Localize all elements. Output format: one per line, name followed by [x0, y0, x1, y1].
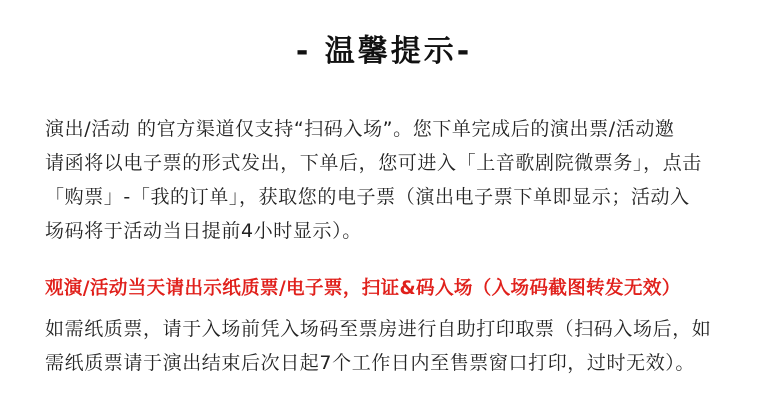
page-title: - 温馨提示- [0, 30, 768, 74]
notice-page: - 温馨提示- 演出/活动 的官方渠道仅支持“扫码入场”。您下单完成后的演出票/… [0, 0, 768, 420]
warning-paragraph: 观演/活动当天请出示纸质票/电子票，扫证&码入场（入场码截图转发无效） [45, 274, 745, 304]
intro-line: 演出/活动 的官方渠道仅支持“扫码入场”。您下单完成后的演出票/活动邀 [45, 112, 735, 146]
intro-line: 「购票」-「我的订单」，获取您的电子票（演出电子票下单即显示；活动入 [45, 180, 735, 214]
paper-ticket-paragraph: 如需纸质票，请于入场前凭入场码至票房进行自助打印取票（扫码入场后，如 需纸质票请… [45, 312, 735, 380]
intro-paragraph: 演出/活动 的官方渠道仅支持“扫码入场”。您下单完成后的演出票/活动邀 请函将以… [45, 112, 735, 248]
intro-line: 场码将于活动当日提前4小时显示）。 [45, 214, 735, 248]
paper-ticket-line: 如需纸质票，请于入场前凭入场码至票房进行自助打印取票（扫码入场后，如 [45, 312, 735, 346]
intro-line: 请函将以电子票的形式发出，下单后，您可进入「上音歌剧院微票务」，点击 [45, 146, 735, 180]
paper-ticket-line: 需纸质票请于演出结束后次日起7个工作日内至售票窗口打印，过时无效）。 [45, 346, 735, 380]
